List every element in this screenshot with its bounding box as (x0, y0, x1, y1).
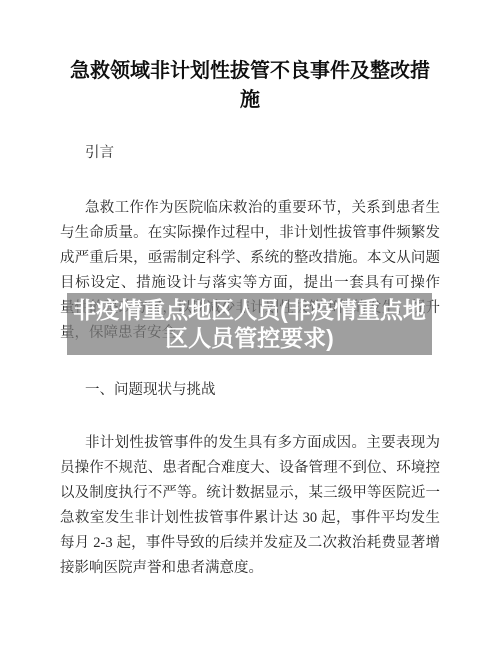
paragraph-line: 以及制度执行不严等。统计数据显示，某三级甲等医院近一年内， (60, 481, 440, 506)
title-line: 急救领域非计划性拔管不良事件及整改措 (60, 57, 440, 86)
paragraph-line: 员操作不规范、患者配合难度大、设备管理不到位、环境控制不足 (60, 456, 440, 481)
document-page: 急救领域非计划性拔管不良事件及整改措 施 引言 急救工作作为医院临床救治的重要环… (0, 0, 500, 647)
paragraph-line: 接影响医院声誉和患者满意度。 (60, 556, 440, 581)
watermark-link-overlay[interactable]: 非疫情重点地区人员(非疫情重点地 区人员管控要求) (67, 293, 432, 355)
paragraph-line: 急救室发生非计划性拔管事件累计达 30 起，事件平均发生频率为 (60, 506, 440, 531)
watermark-line: 非疫情重点地区人员(非疫情重点地 (73, 296, 426, 324)
paragraph-line: 成严重后果，亟需制定科学、系统的整改措施。本文从问题分析、 (60, 246, 440, 271)
watermark-line: 区人员管控要求) (165, 324, 334, 352)
paragraph-line: 非计划性拔管事件的发生具有多方面成因。主要表现为医护人 (60, 431, 440, 456)
paragraph-line: 每月 2-3 起，事件导致的后续并发症及二次救治耗费显著增加，直 (60, 531, 440, 556)
paragraph-line: 急救工作作为医院临床救治的重要环节，关系到患者生命安全 (60, 196, 440, 221)
section-1-heading: 一、问题现状与挑战 (85, 380, 216, 400)
document-title: 急救领域非计划性拔管不良事件及整改措 施 (60, 57, 440, 115)
section-1-paragraph: 非计划性拔管事件的发生具有多方面成因。主要表现为医护人 员操作不规范、患者配合难… (60, 431, 440, 581)
title-line: 施 (60, 86, 440, 115)
intro-heading: 引言 (85, 143, 114, 163)
paragraph-line: 与生命质量。在实际操作过程中，非计划性拔管事件频繁发生，造 (60, 221, 440, 246)
